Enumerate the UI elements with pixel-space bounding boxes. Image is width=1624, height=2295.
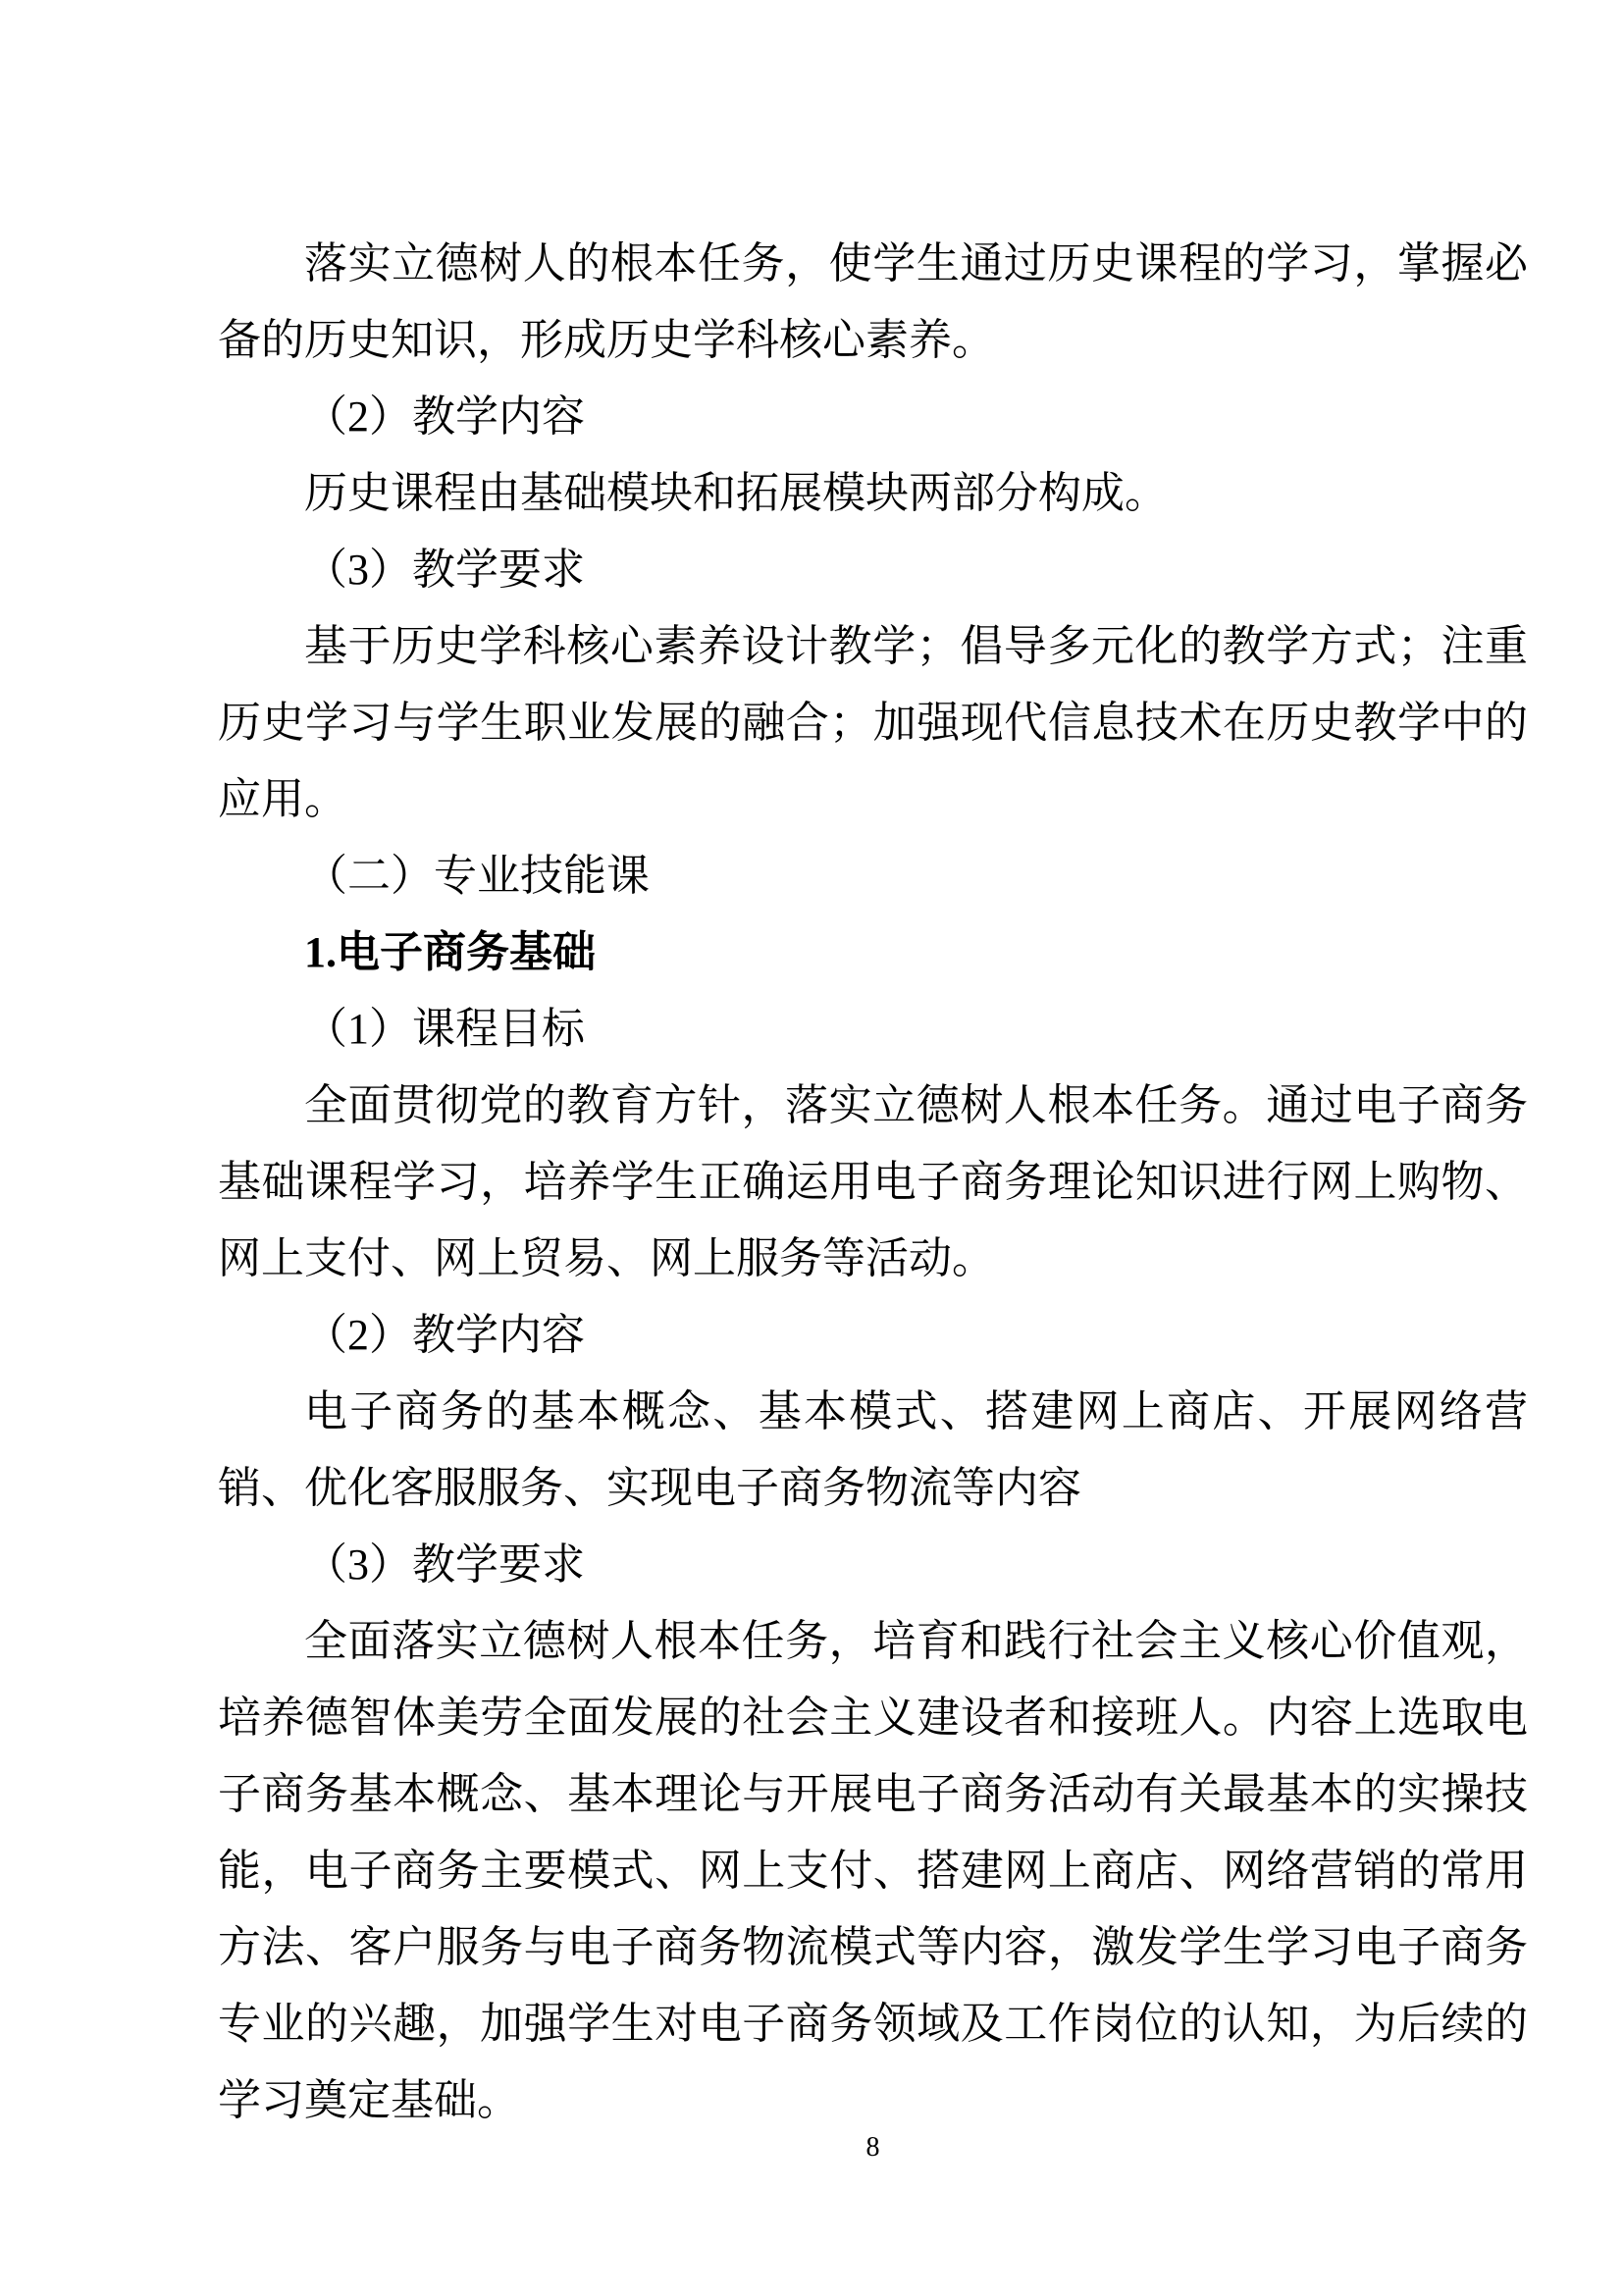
subsection-heading: （3）教学要求 <box>218 532 1528 608</box>
document-page: 落实立德树人的根本任务，使学生通过历史课程的学习，掌握必 备的历史知识，形成历史… <box>0 0 1624 2295</box>
section-heading: （二）专业技能课 <box>218 838 1528 914</box>
text-line: 培养德智体美劳全面发展的社会主义建设者和接班人。内容上选取电 <box>218 1680 1528 1756</box>
text-line: 全面贯彻党的教育方针，落实立德树人根本任务。通过电子商务 <box>218 1068 1528 1144</box>
page-number: 8 <box>218 2133 1528 2172</box>
text-line: 历史课程由基础模块和拓展模块两部分构成。 <box>218 455 1528 532</box>
text-line: 全面落实立德树人根本任务，培育和践行社会主义核心价值观， <box>218 1603 1528 1680</box>
text-line: 销、优化客服服务、实现电子商务物流等内容 <box>218 1450 1528 1527</box>
subsection-heading: （1）课程目标 <box>218 991 1528 1068</box>
text-line: 基础课程学习，培养学生正确运用电子商务理论知识进行网上购物、 <box>218 1144 1528 1221</box>
subsection-heading: （2）教学内容 <box>218 1297 1528 1374</box>
text-line: 子商务基本概念、基本理论与开展电子商务活动有关最基本的实操技 <box>218 1756 1528 1833</box>
text-line: 专业的兴趣，加强学生对电子商务领域及工作岗位的认知，为后续的 <box>218 1986 1528 2062</box>
text-line: 历史学习与学生职业发展的融合；加强现代信息技术在历史教学中的 <box>218 685 1528 761</box>
subsection-heading: （2）教学内容 <box>218 379 1528 455</box>
course-heading: 1.电子商务基础 <box>218 914 1528 991</box>
text-line: 应用。 <box>218 761 1528 838</box>
subsection-heading: （3）教学要求 <box>218 1527 1528 1603</box>
text-line: 备的历史知识，形成历史学科核心素养。 <box>218 302 1528 379</box>
text-line: 网上支付、网上贸易、网上服务等活动。 <box>218 1221 1528 1297</box>
text-line: 方法、客户服务与电子商务物流模式等内容，激发学生学习电子商务 <box>218 1909 1528 1986</box>
text-line: 电子商务的基本概念、基本模式、搭建网上商店、开展网络营 <box>218 1374 1528 1450</box>
text-line: 学习奠定基础。 <box>218 2062 1528 2139</box>
text-line: 落实立德树人的根本任务，使学生通过历史课程的学习，掌握必 <box>218 226 1528 302</box>
text-line: 基于历史学科核心素养设计教学；倡导多元化的教学方式；注重 <box>218 608 1528 685</box>
text-line: 能，电子商务主要模式、网上支付、搭建网上商店、网络营销的常用 <box>218 1833 1528 1909</box>
